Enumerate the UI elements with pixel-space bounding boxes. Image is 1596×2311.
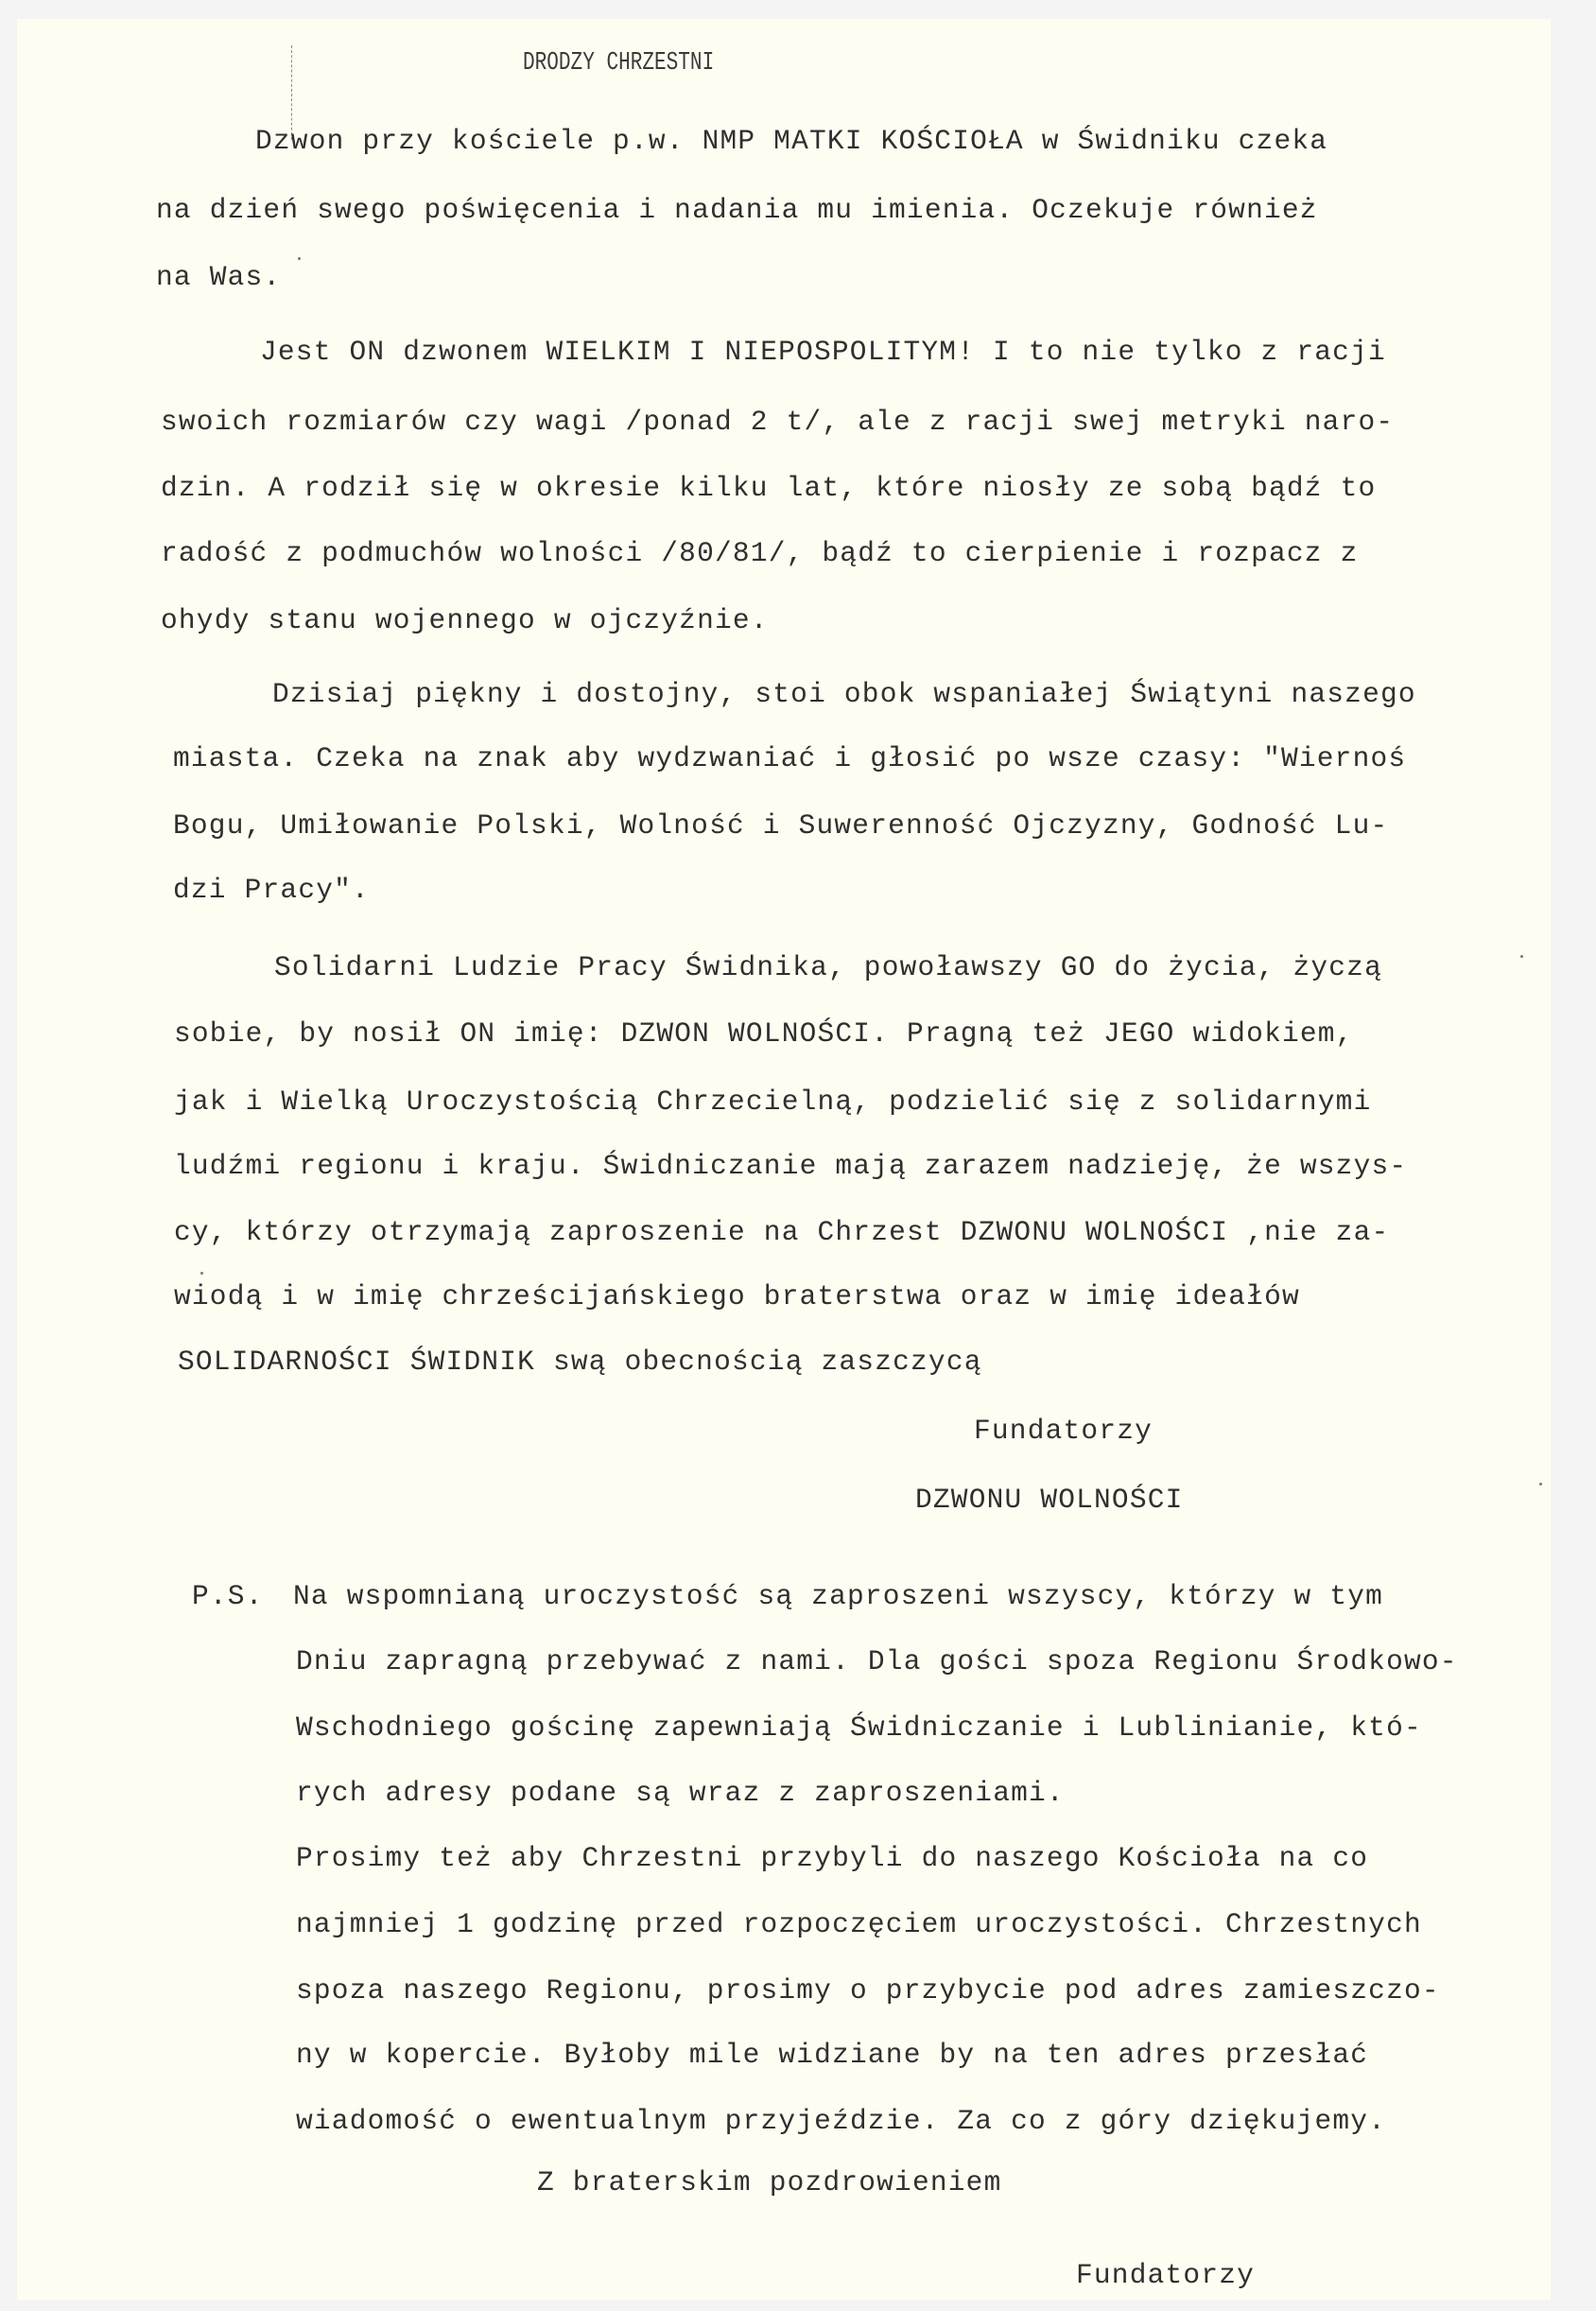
closing-greeting: Z braterskim pozdrowieniem [537,2165,1001,2199]
postscript-line-3: Wschodniego gościnę zapewniają Świdnicza… [296,1711,1422,1745]
paragraph-3-line-3: Bogu, Umiłowanie Polski, Wolność i Suwer… [173,808,1388,843]
paper-speck [298,257,301,260]
paragraph-4-line-2: sobie, by nosił ON imię: DZWON WOLNOŚCI.… [174,1016,1354,1051]
paragraph-1-line-1: Dzwon przy kościele p.w. NMP MATKI KOŚCI… [255,124,1327,158]
paragraph-3-line-4: dzi Pracy". [173,873,370,907]
document-title: DRODZY CHRZESTNI [523,49,714,78]
postscript-line-5: Prosimy też aby Chrzestni przybyli do na… [296,1841,1368,1875]
paragraph-4-line-4: ludźmi regionu i kraju. Świdniczanie maj… [174,1149,1407,1183]
signature-dzwonu-wolnosci: DZWONU WOLNOŚCI [915,1483,1184,1517]
postscript-line-2: Dniu zapragną przebywać z nami. Dla gośc… [296,1644,1458,1678]
postscript-label: P.S. [192,1579,264,1613]
paragraph-2-line-2: swoich rozmiarów czy wagi /ponad 2 t/, a… [161,405,1394,439]
paragraph-4-line-3: jak i Wielką Uroczystością Chrzecielną, … [174,1085,1372,1119]
paragraph-3-line-1: Dzisiaj piękny i dostojny, stoi obok wsp… [272,677,1416,711]
postscript-line-9: wiadomość o ewentualnym przyjeździe. Za … [296,2104,1386,2138]
postscript-line-6: najmniej 1 godzinę przed rozpoczęciem ur… [296,1907,1422,1941]
paragraph-4-line-6: wiodą i w imię chrześcijańskiego braters… [174,1279,1300,1313]
signature-fundatorzy: Fundatorzy [974,1414,1153,1448]
postscript-line-4: rych adresy podane są wraz z zaproszenia… [296,1776,1065,1810]
paragraph-2-line-5: ohydy stanu wojennego w ojczyźnie. [161,603,769,637]
paper-speck [1520,955,1523,958]
paper-speck [200,1272,203,1275]
paragraph-4-line-5: cy, którzy otrzymają zaproszenie na Chrz… [174,1215,1389,1249]
paragraph-2-line-1: Jest ON dzwonem WIELKIM I NIEPOSPOLITYM!… [260,335,1386,369]
paragraph-2-line-3: dzin. A rodził się w okresie kilku lat, … [161,471,1376,505]
closing-signature: Fundatorzy [1076,2258,1255,2292]
paragraph-2-line-4: radość z podmuchów wolności /80/81/, bąd… [161,536,1359,570]
postscript-line-7: spoza naszego Regionu, prosimy o przybyc… [296,1973,1440,2007]
paragraph-1-line-3: na Was. [156,260,281,294]
paragraph-4-line-7: SOLIDARNOŚCI ŚWIDNIK swą obecnością zasz… [178,1345,982,1379]
paragraph-3-line-2: miasta. Czeka na znak aby wydzwaniać i g… [173,741,1406,775]
postscript-line-1: Na wspomnianą uroczystość są zaproszeni … [293,1579,1383,1613]
paragraph-1-line-2: na dzień swego poświęcenia i nadania mu … [156,193,1318,227]
postscript-line-8: ny w kopercie. Byłoby mile widziane by n… [296,2038,1368,2072]
paragraph-4-line-1: Solidarni Ludzie Pracy Świdnika, powoław… [274,950,1382,984]
paper-speck [1539,1483,1542,1486]
